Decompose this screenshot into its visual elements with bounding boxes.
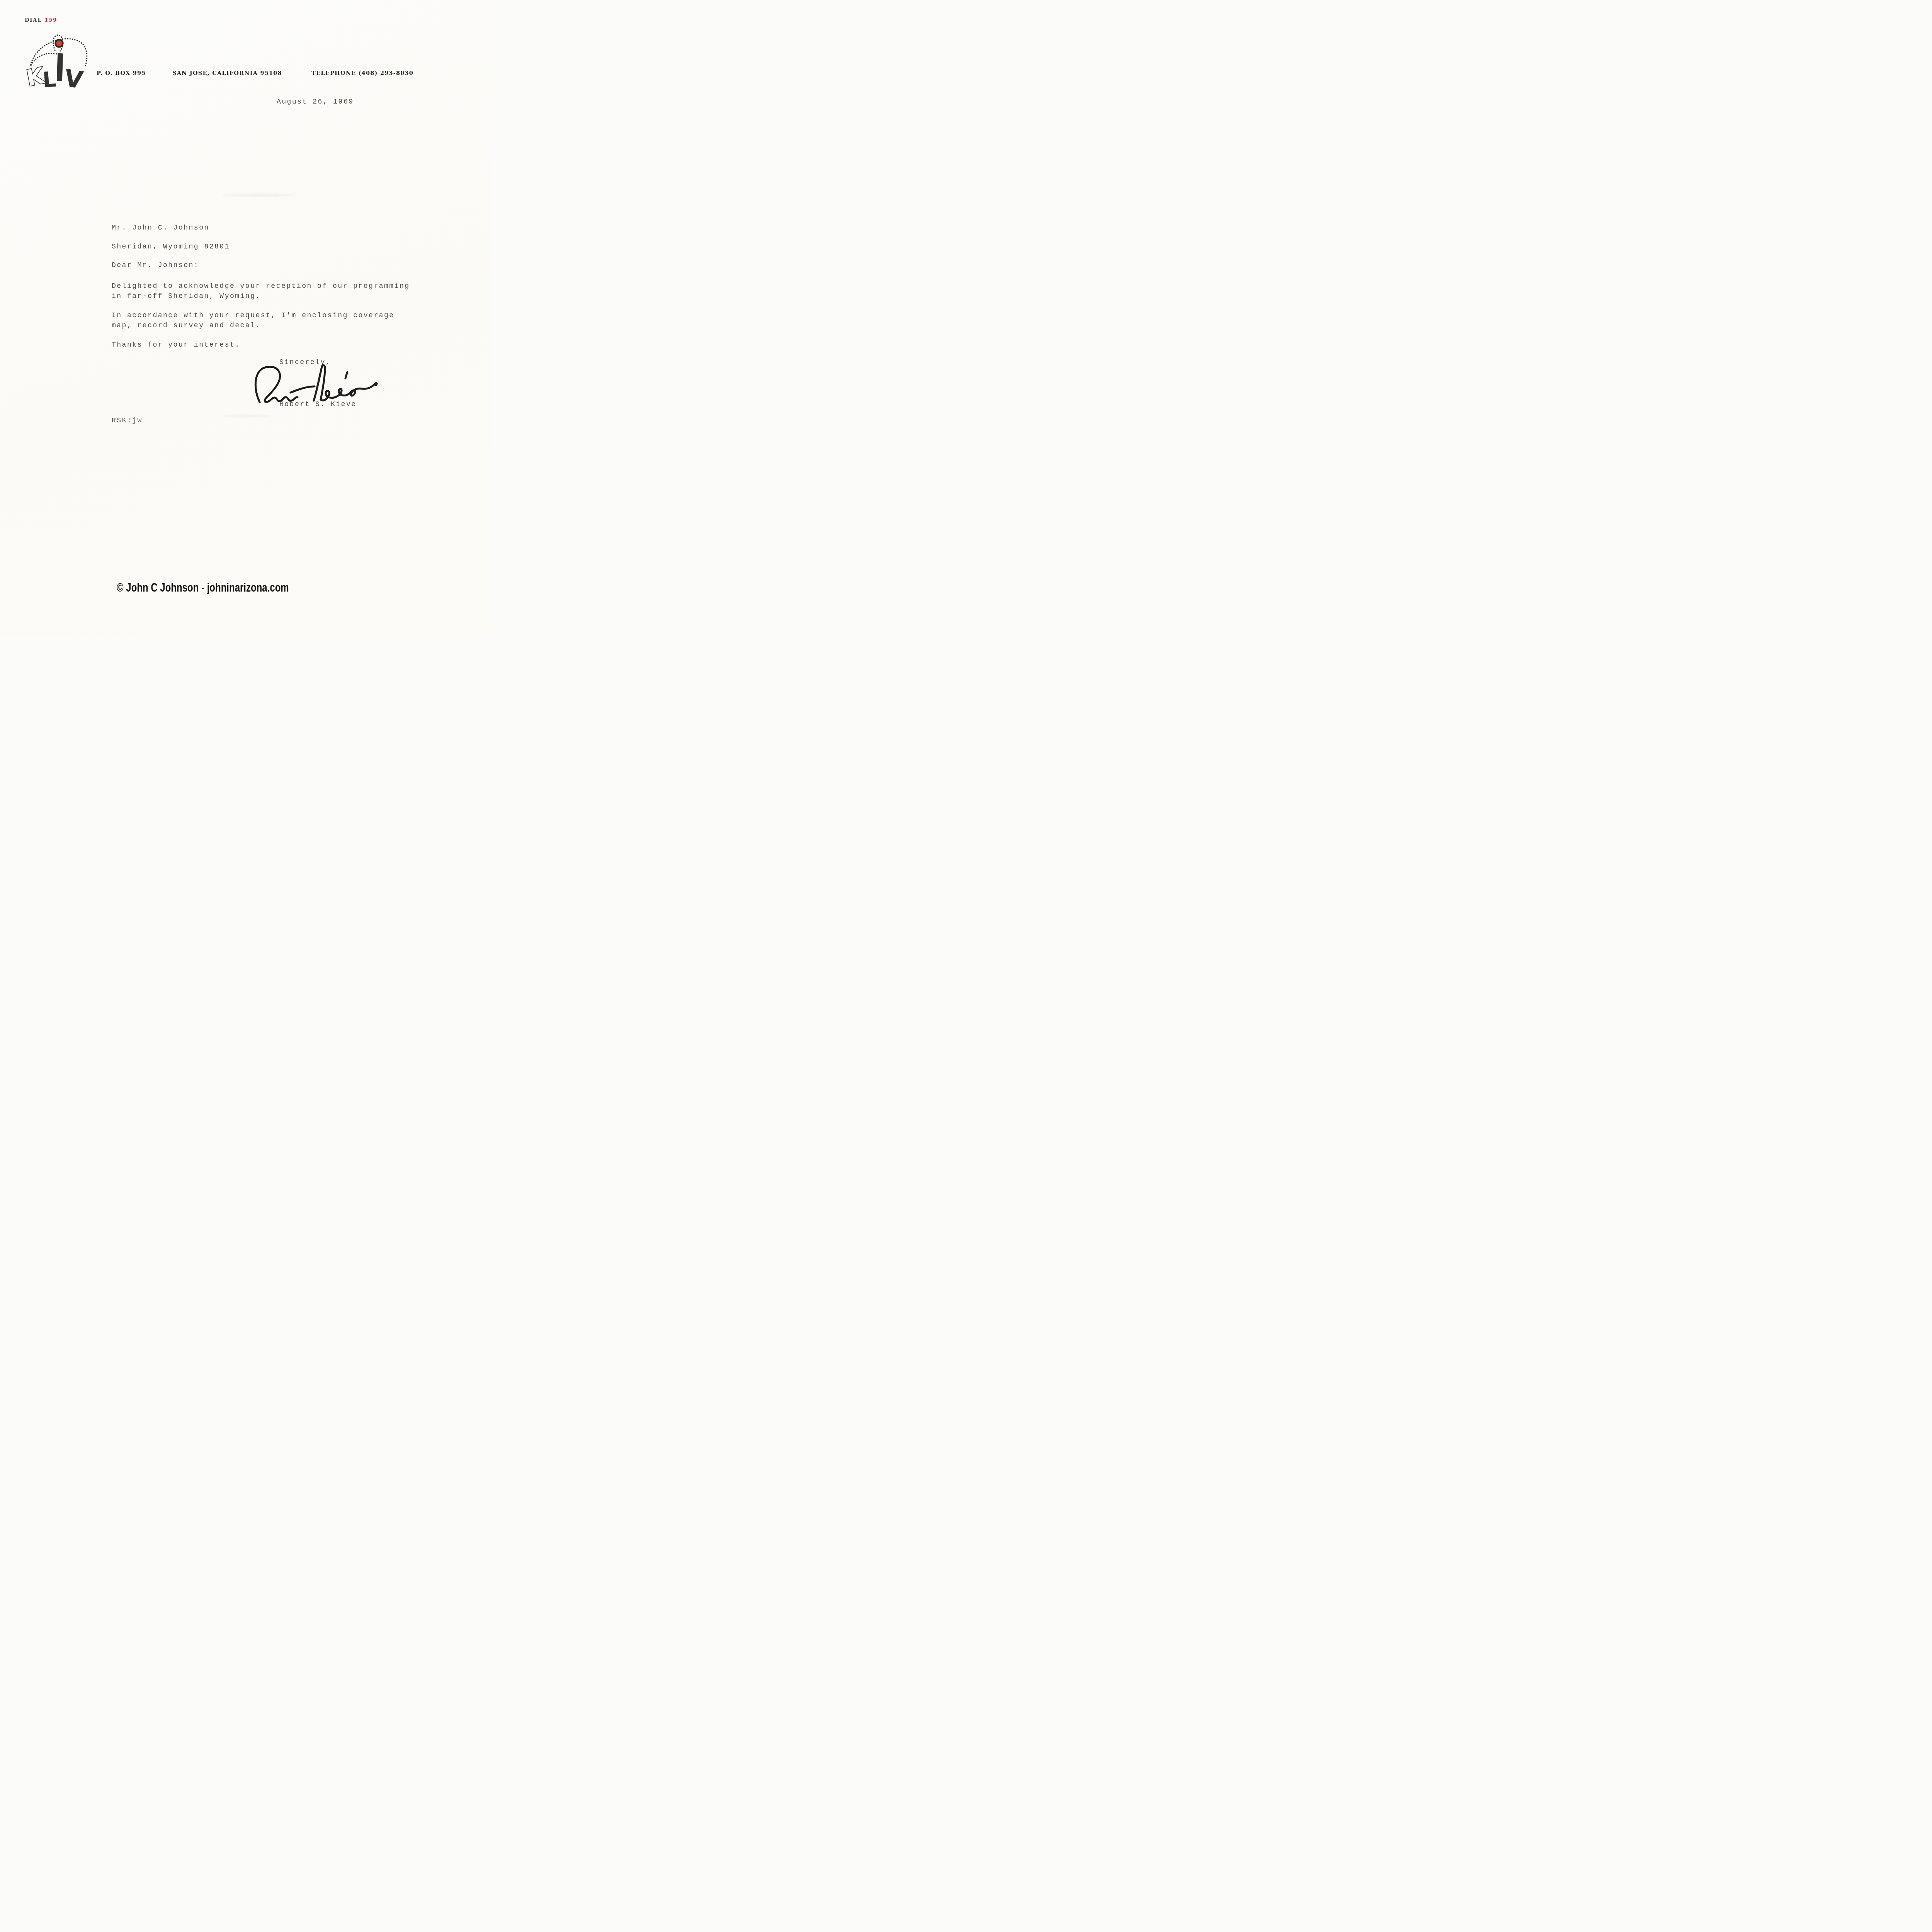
scanned-letter-page: DIAL 159 K L V P. O. BOX 995 SAN JOSE, C… [0, 0, 492, 637]
recipient-city: Sheridan, Wyoming 82801 [112, 243, 230, 251]
body-paragraph1-line2: in far-off Sheridan, Wyoming. [112, 293, 261, 300]
letter-date: August 26, 1969 [277, 98, 354, 106]
city-state-zip: SAN JOSE, CALIFORNIA 95108 [172, 70, 282, 77]
po-box: P. O. BOX 995 [97, 70, 146, 77]
body-paragraph2-line2: map, record survey and decal. [112, 322, 261, 330]
scan-smudge [222, 194, 296, 196]
letterhead-address-line: P. O. BOX 995 SAN JOSE, CALIFORNIA 95108… [0, 70, 492, 78]
dial-line: DIAL 159 [25, 17, 57, 23]
footer-credit: © John C Johnson - johninarizona.com [117, 581, 289, 595]
signature-script [252, 364, 381, 405]
body-paragraph3: Thanks for your interest. [112, 341, 240, 349]
body-paragraph2-line1: In accordance with your request, I'm enc… [112, 312, 395, 320]
logo-red-dot [56, 40, 63, 47]
signer-typed-name: Robert S. Kieve [279, 401, 357, 408]
dial-label: DIAL [25, 17, 42, 23]
body-paragraph1-line1: Delighted to acknowledge your reception … [112, 282, 410, 290]
recipient-name: Mr. John C. Johnson [112, 224, 209, 232]
salutation: Dear Mr. Johnson: [112, 262, 199, 269]
kliv-logo: K L V [22, 29, 94, 90]
scan-smudge [223, 415, 270, 417]
telephone: TELEPHONE (408) 293-8030 [311, 70, 413, 77]
dial-frequency: 159 [44, 17, 57, 23]
typist-reference: RSK:jw [112, 417, 143, 425]
